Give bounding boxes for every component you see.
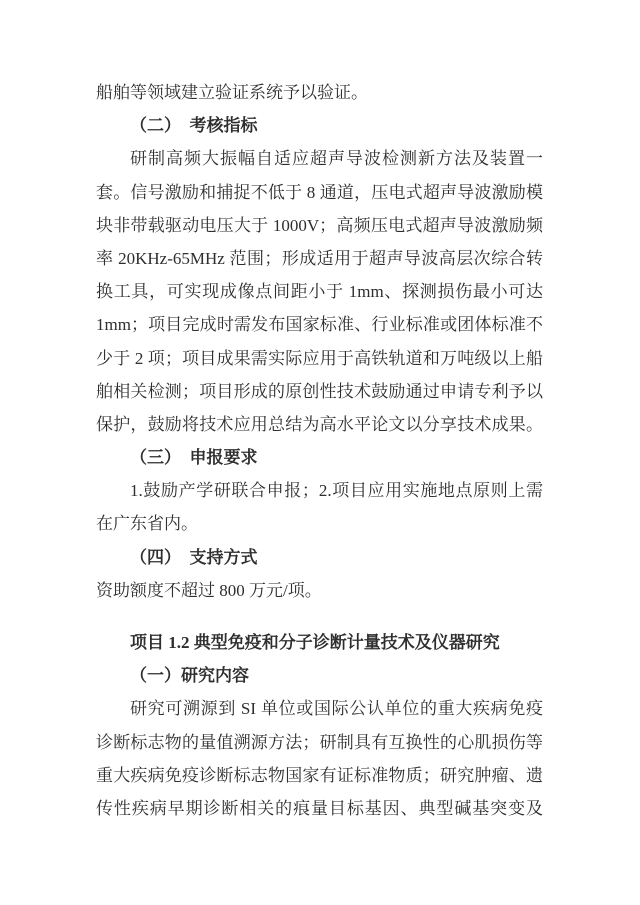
- body-line: 舶相关检测；项目形成的原创性技术鼓励通过申请专利予以: [96, 375, 543, 408]
- project-1-2-title: 项目 1.2 典型免疫和分子诊断计量技术及仪器研究: [96, 626, 543, 659]
- body-line: 率 20KHz-65MHz 范围；形成适用于超声导波高层次综合转: [96, 242, 543, 275]
- body-line: 船舶等领域建立验证系统予以验证。: [96, 76, 543, 109]
- section-heading-3: （三） 申报要求: [96, 441, 543, 474]
- body-line: 块非带载驱动电压大于 1000V；高频压电式超声导波激励频: [96, 209, 543, 242]
- body-line: 1mm；项目完成时需发布国家标准、行业标准或团体标准不: [96, 308, 543, 341]
- body-line: 诊断标志物的量值溯源方法；研制具有互换性的心肌损伤等: [96, 726, 543, 759]
- body-line: 资助额度不超过 800 万元/项。: [96, 574, 543, 607]
- body-line: 1.鼓励产学研联合申报；2.项目应用实施地点原则上需: [96, 474, 543, 507]
- body-line: 传性疾病早期诊断相关的痕量目标基因、典型碱基突变及: [96, 792, 543, 825]
- body-line: 在广东省内。: [96, 507, 543, 540]
- section-heading-4: （四） 支持方式: [96, 541, 543, 574]
- body-line: 重大疾病免疫诊断标志物国家有证标准物质；研究肿瘤、遗: [96, 759, 543, 792]
- body-line: 少于 2 项；项目成果需实际应用于高铁轨道和万吨级以上船: [96, 342, 543, 375]
- section-heading-1: （一）研究内容: [96, 659, 543, 692]
- body-line: 研制高频大振幅自适应超声导波检测新方法及装置一: [96, 142, 543, 175]
- body-line: 研究可溯源到 SI 单位或国际公认单位的重大疾病免疫: [96, 692, 543, 725]
- section-heading-2: （二） 考核指标: [96, 109, 543, 142]
- body-line: 套。信号激励和捕捉不低于 8 通道，压电式超声导波激励模: [96, 176, 543, 209]
- body-line: 换工具，可实现成像点间距小于 1mm、探测损伤最小可达: [96, 275, 543, 308]
- body-line: 保护，鼓励将技术应用总结为高水平论文以分享技术成果。: [96, 408, 543, 441]
- document-page: 船舶等领域建立验证系统予以验证。 （二） 考核指标 研制高频大振幅自适应超声导波…: [0, 0, 640, 905]
